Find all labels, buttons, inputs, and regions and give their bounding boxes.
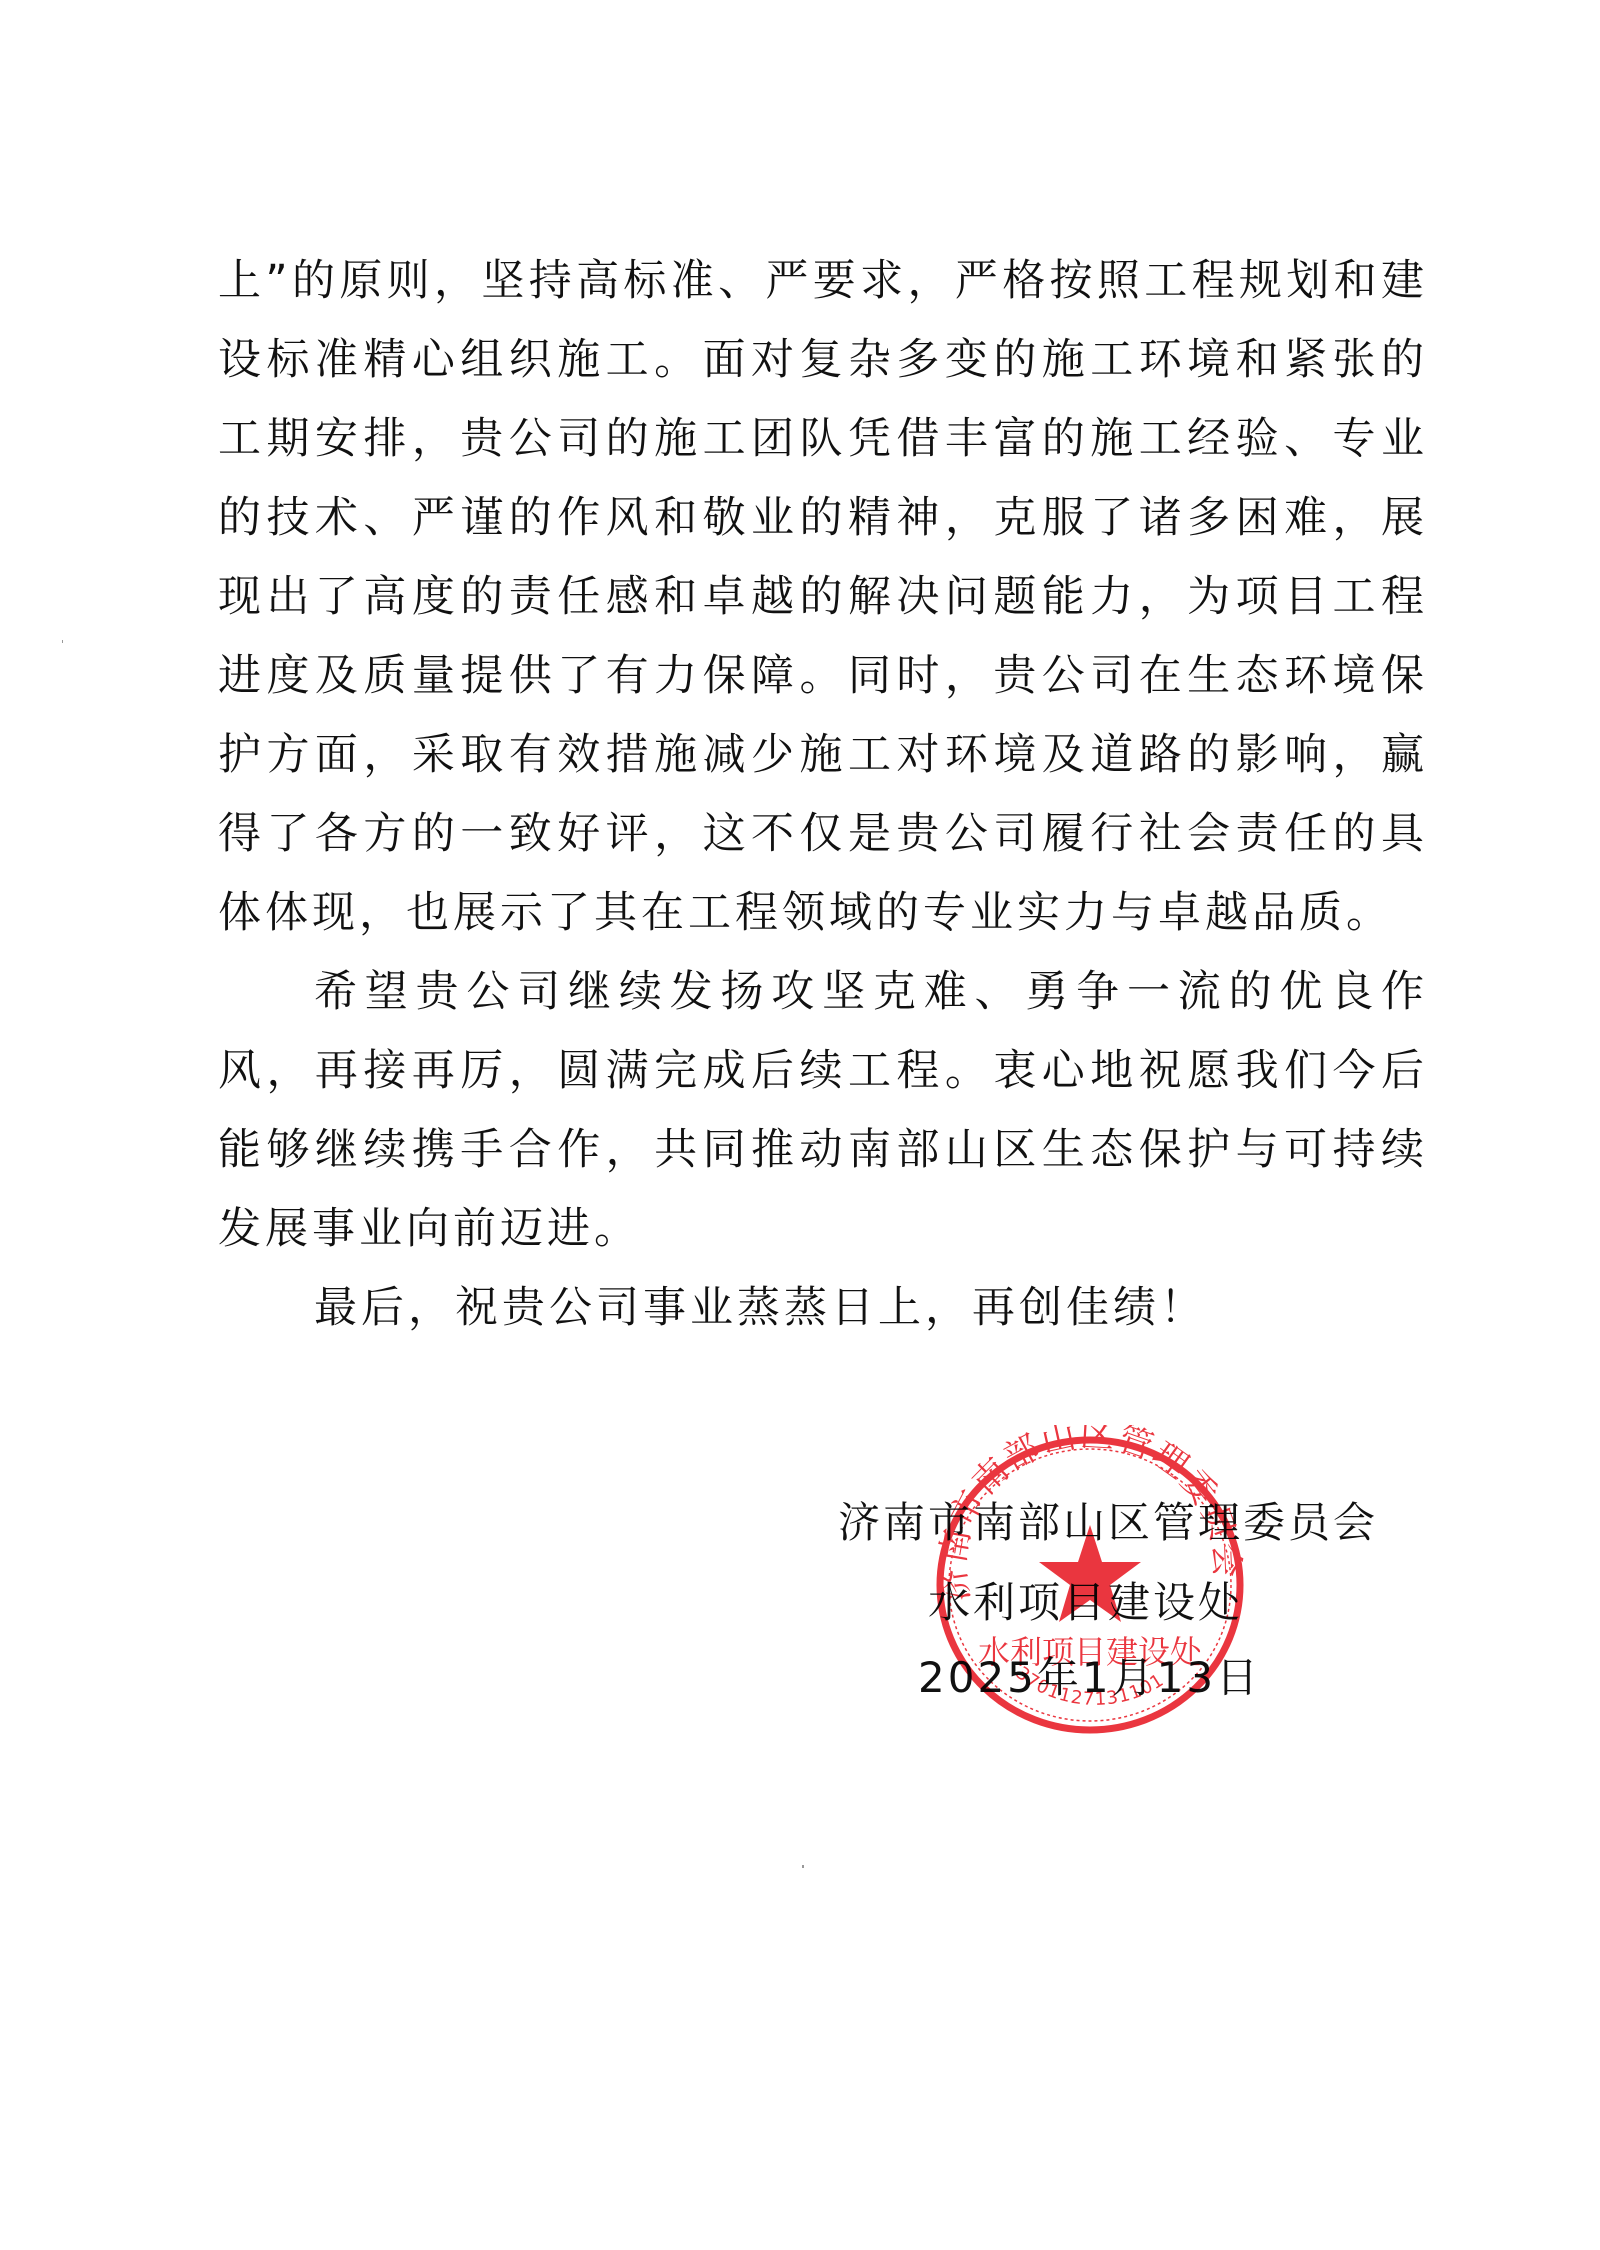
scan-speck <box>62 640 63 643</box>
document-page: 上”的原则，坚持高标准、严要求，严格按照工程规划和建设标准精心组织施工。面对复杂… <box>0 0 1600 2250</box>
star-icon <box>1039 1525 1141 1622</box>
paragraph-2: 希望贵公司继续发扬攻坚克难、勇争一流的优良作风，再接再厉，圆满完成后续工程。衷心… <box>218 953 1428 1269</box>
paragraph-3: 最后，祝贵公司事业蒸蒸日上，再创佳绩！ <box>218 1269 1428 1348</box>
official-seal-stamp: 济南市南部山区管理委员会 水利项目建设处 3701127131101 <box>920 1425 1260 1745</box>
stamp-bottom-text: 水利项目建设处 <box>978 1633 1202 1671</box>
paragraph-1: 上”的原则，坚持高标准、严要求，严格按照工程规划和建设标准精心组织施工。面对复杂… <box>218 242 1428 953</box>
scan-speck <box>802 1865 804 1868</box>
letter-body: 上”的原则，坚持高标准、严要求，严格按照工程规划和建设标准精心组织施工。面对复杂… <box>218 242 1428 1348</box>
